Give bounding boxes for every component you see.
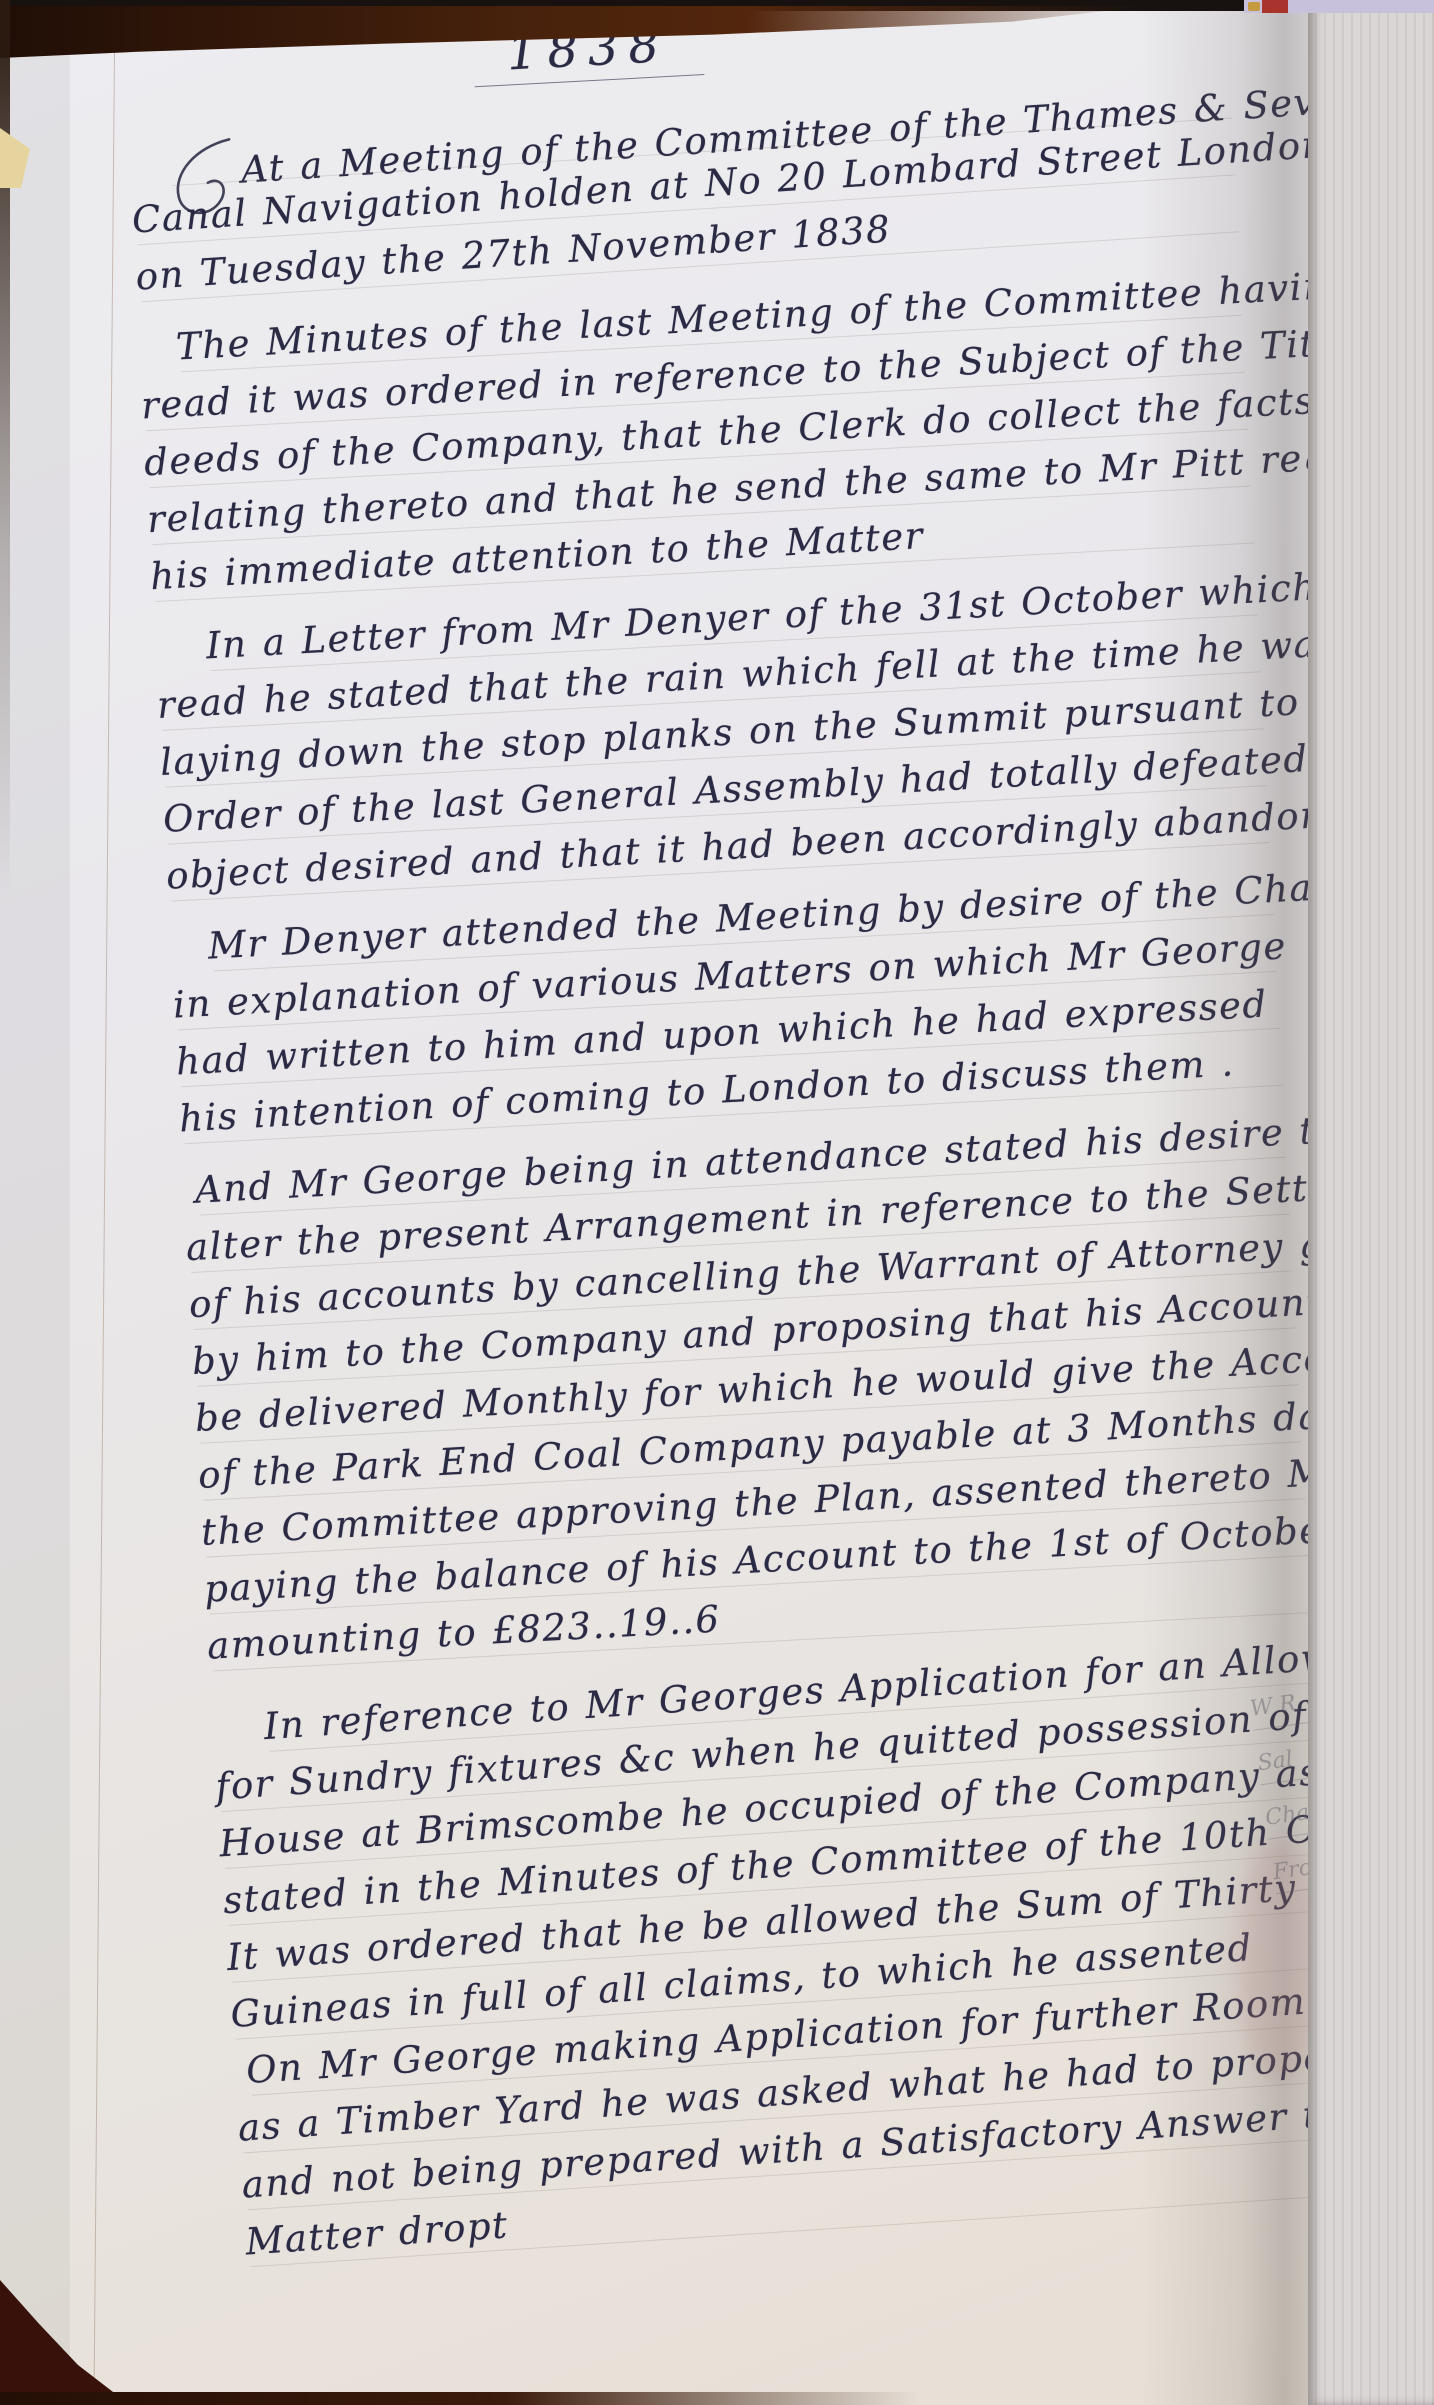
minutes-paragraph: The Minutes of the last Meeting of the C… [137, 266, 1311, 612]
gold-edge-dot [1248, 2, 1260, 11]
fore-edge-page-stack [1308, 0, 1434, 2405]
red-cover-patch [1262, 0, 1288, 13]
page-curve-shadow [1140, 0, 1320, 2405]
margin-rule-line [94, 52, 115, 2392]
gutter-shading [0, 0, 70, 2405]
book-binding-bottom-edge [0, 2392, 920, 2405]
manuscript-page-photo: 1838 At a Meeting of the Committee of th… [0, 0, 1434, 2405]
